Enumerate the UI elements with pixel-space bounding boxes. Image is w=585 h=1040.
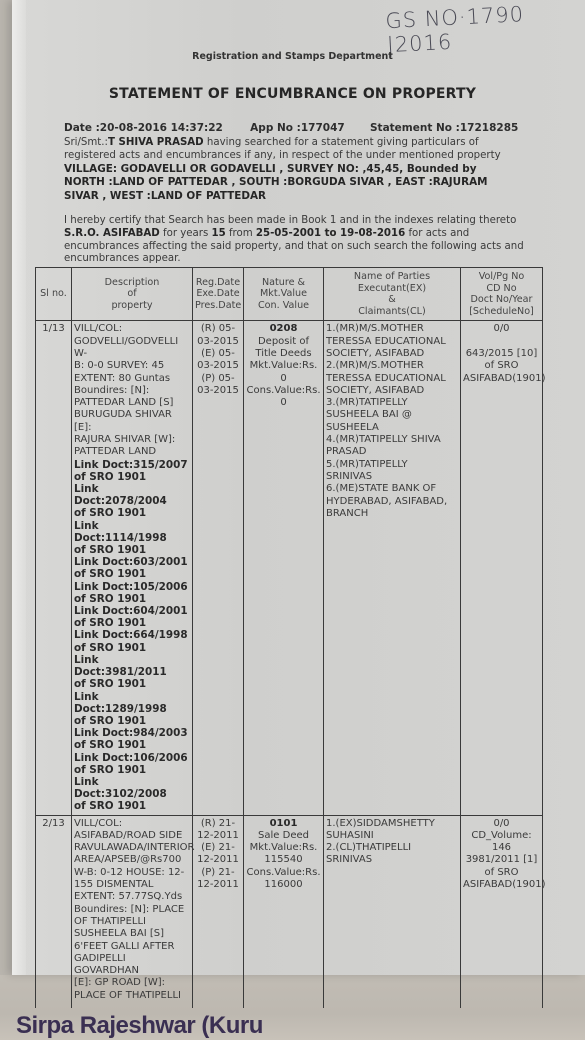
header-text: Mkt.Value bbox=[246, 288, 321, 300]
cell-text: 2.(MR)M/S.MOTHER bbox=[326, 360, 458, 372]
cell-text: TERESSA EDUCATIONAL bbox=[326, 373, 458, 385]
header-text: & bbox=[326, 294, 458, 306]
col-vol-header: Vol/Pg NoCD NoDoct No/Year[ScheduleNo] bbox=[461, 268, 543, 321]
cell-text: B: 0-0 SURVEY: 45 bbox=[74, 360, 190, 372]
cell-text: 643/2015 [10] bbox=[463, 348, 540, 360]
cell-text: EXTENT: 57.77SQ.Yds bbox=[74, 891, 190, 903]
cell-text: 0 bbox=[246, 397, 321, 409]
link-doc-text: of SRO 1901 bbox=[74, 739, 190, 751]
link-doc-text: of SRO 1901 bbox=[74, 568, 190, 580]
cell-text: ASIFABAD/ROAD SIDE bbox=[74, 830, 190, 842]
cell-text: 12-2011 bbox=[195, 854, 241, 866]
header-text: Description bbox=[74, 277, 190, 289]
encumbrance-table: Sl no.DescriptionofpropertyReg.DateExe.D… bbox=[35, 267, 543, 1008]
header-text: of bbox=[74, 288, 190, 300]
link-doc-text: Link Doct:315/2007 bbox=[74, 459, 190, 471]
cell-text: SOCIETY, ASIFABAD bbox=[326, 385, 458, 397]
link-doc-text: of SRO 1901 bbox=[74, 678, 190, 690]
table-row: 1/13VILL/COL:GODVELLI/GODVELLI W-B: 0-0 … bbox=[36, 321, 543, 815]
header-text: CD No bbox=[463, 283, 540, 295]
nature-cell: 0101Sale DeedMkt.Value:Rs.115540Cons.Val… bbox=[244, 815, 324, 1008]
dates-cell: (R) 21-12-2011(E) 21-12-2011(P) 21-12-20… bbox=[193, 815, 244, 1008]
cell-text: 116000 bbox=[246, 879, 321, 891]
cell-text: 0/0 bbox=[463, 818, 540, 830]
cell-text: SOCIETY, ASIFABAD bbox=[326, 348, 458, 360]
link-doc-text: Link Doct:3981/2011 bbox=[74, 654, 190, 678]
header-text: Vol/Pg No bbox=[463, 271, 540, 283]
cell-text: 03-2015 bbox=[195, 336, 241, 348]
dates-cell: (R) 05-03-2015(E) 05-03-2015(P) 05-03-20… bbox=[193, 321, 244, 815]
col-sl-no-header: Sl no. bbox=[36, 268, 72, 321]
app-number: App No :177047 bbox=[250, 122, 345, 134]
header-text: property bbox=[74, 300, 190, 312]
cell-text: 115540 bbox=[246, 854, 321, 866]
header-text: Doct No/Year bbox=[463, 294, 540, 306]
link-doc-text: Link Doct:603/2001 bbox=[74, 556, 190, 568]
table-row: 2/13VILL/COL:ASIFABAD/ROAD SIDERAVULAWAD… bbox=[36, 815, 543, 1008]
parties-cell: 1.(EX)SIDDAMSHETTYSUHASINI2.(CL)THATIPEL… bbox=[324, 815, 461, 1008]
cell-text: SRINIVAS bbox=[326, 854, 458, 866]
cell-text: OF THATIPELLI bbox=[74, 916, 190, 928]
cell-text: (P) 21- bbox=[195, 867, 241, 879]
cell-text: AREA/APSEB/@Rs700 bbox=[74, 854, 190, 866]
nature-code: 0101 bbox=[246, 818, 321, 830]
link-doc-text: of SRO 1901 bbox=[74, 800, 190, 812]
background-sign-text: Sirpa Rajeshwar (Kuru bbox=[16, 1012, 263, 1040]
link-doc-text: of SRO 1901 bbox=[74, 715, 190, 727]
header-text: [ScheduleNo] bbox=[463, 306, 540, 318]
header-text: Reg.Date bbox=[195, 277, 241, 289]
cell-text: Deposit of bbox=[246, 336, 321, 348]
cell-text: Boundires: [N]: bbox=[74, 385, 190, 397]
cell-text: BRANCH bbox=[326, 508, 458, 520]
applicant-paragraph: Sri/Smt.:T SHIVA PRASAD having searched … bbox=[64, 137, 504, 204]
link-doc-text: Link Doct:1114/1998 bbox=[74, 520, 190, 544]
vol-cell: 0/0CD_Volume: 1463981/2011 [1]of SROASIF… bbox=[461, 815, 543, 1008]
parties-cell: 1.(MR)M/S.MOTHERTERESSA EDUCATIONALSOCIE… bbox=[324, 321, 461, 815]
cell-text: 1/13 bbox=[38, 323, 69, 335]
link-doc-text: Link Doct:604/2001 bbox=[74, 605, 190, 617]
cell-text: (E) 21- bbox=[195, 842, 241, 854]
cell-text: Sale Deed bbox=[246, 830, 321, 842]
cell-text: [E]: GP ROAD [W]: bbox=[74, 977, 190, 989]
link-doc-text: of SRO 1901 bbox=[74, 507, 190, 519]
description-cell: VILL/COL:ASIFABAD/ROAD SIDERAVULAWADA/IN… bbox=[72, 815, 193, 1008]
search-period: 25-05-2001 to 19-08-2016 bbox=[256, 228, 405, 239]
cell-text: SUSHEELA bbox=[326, 422, 458, 434]
cell-text: PATTEDAR LAND bbox=[74, 446, 190, 458]
cell-text: GODVELLI/GODVELLI W- bbox=[74, 336, 190, 361]
table-header-row: Sl no.DescriptionofpropertyReg.DateExe.D… bbox=[36, 268, 543, 321]
cell-text: W-B: 0-12 HOUSE: 12- bbox=[74, 867, 190, 879]
header-text: Pres.Date bbox=[195, 300, 241, 312]
cell-text: 2/13 bbox=[38, 818, 69, 830]
link-doc-text: Link Doct:984/2003 bbox=[74, 727, 190, 739]
cell-text: VILL/COL: bbox=[74, 323, 190, 335]
cell-text: (E) 05- bbox=[195, 348, 241, 360]
certificate-line1: I hereby certify that Search has been ma… bbox=[64, 215, 516, 226]
cell-text: CD_Volume: 146 bbox=[463, 830, 540, 855]
cell-text: ASIFABAD(1901) bbox=[463, 373, 540, 385]
cell-text: EXTENT: 80 Guntas bbox=[74, 373, 190, 385]
nature-cell: 0208Deposit ofTitle DeedsMkt.Value:Rs.0C… bbox=[244, 321, 324, 815]
statement-meta: Date :20-08-2016 14:37:22 App No :177047… bbox=[64, 122, 518, 134]
document-title: STATEMENT OF ENCUMBRANCE ON PROPERTY bbox=[0, 86, 585, 102]
cell-text bbox=[463, 336, 540, 348]
cell-text: (R) 05- bbox=[195, 323, 241, 335]
cell-text: 1.(MR)M/S.MOTHER bbox=[326, 323, 458, 335]
header-text: Nature & bbox=[246, 277, 321, 289]
link-doc-text: of SRO 1901 bbox=[74, 617, 190, 629]
sro-name: S.R.O. ASIFABAD bbox=[64, 228, 160, 239]
statement-date: Date :20-08-2016 14:37:22 bbox=[64, 122, 223, 134]
cell-text: 0 bbox=[246, 373, 321, 385]
sl-no-cell: 2/13 bbox=[36, 815, 72, 1008]
cell-text: ASIFABAD(1901) bbox=[463, 879, 540, 891]
cell-text: 0/0 bbox=[463, 323, 540, 335]
header-text: Con. Value bbox=[246, 300, 321, 312]
vol-cell: 0/0 643/2015 [10]of SROASIFABAD(1901) bbox=[461, 321, 543, 815]
cell-text: of SRO bbox=[463, 867, 540, 879]
header-text: Executant(EX) bbox=[326, 283, 458, 295]
certificate-paragraph: I hereby certify that Search has been ma… bbox=[64, 215, 534, 266]
property-details: VILLAGE: GODAVELLI OR GODAVELLI , SURVEY… bbox=[64, 163, 487, 203]
link-doc-text: Link Doct:1289/1998 bbox=[74, 691, 190, 715]
statement-number: Statement No :17218285 bbox=[370, 122, 518, 134]
cell-text: 3.(MR)TATIPELLY bbox=[326, 397, 458, 409]
department-name: Registration and Stamps Department bbox=[0, 51, 585, 62]
cell-text: PRASAD bbox=[326, 446, 458, 458]
col-nature-header: Nature &Mkt.ValueCon. Value bbox=[244, 268, 324, 321]
cell-text: SUHASINI bbox=[326, 830, 458, 842]
cell-text: Cons.Value:Rs. bbox=[246, 867, 321, 879]
nature-code: 0208 bbox=[246, 323, 321, 335]
cell-text: 5.(MR)TATIPELLY bbox=[326, 459, 458, 471]
page-edge bbox=[12, 0, 26, 975]
search-years: 15 bbox=[212, 228, 226, 239]
cell-text: Boundires: [N]: PLACE bbox=[74, 904, 190, 916]
cell-text: 03-2015 bbox=[195, 385, 241, 397]
cell-text: HYDERABAD, ASIFABAD, bbox=[326, 496, 458, 508]
link-doc-text: of SRO 1901 bbox=[74, 764, 190, 776]
cell-text: PLACE OF THATIPELLI bbox=[74, 990, 190, 1002]
cell-text: 6.(ME)STATE BANK OF bbox=[326, 483, 458, 495]
cell-text: SUSHEELA BAI [S] bbox=[74, 928, 190, 940]
cell-text: SUSHEELA BAI @ bbox=[326, 409, 458, 421]
link-doc-text: Link Doct:105/2006 bbox=[74, 581, 190, 593]
applicant-prefix: Sri/Smt.: bbox=[64, 137, 108, 148]
header-text: Exe.Date bbox=[195, 288, 241, 300]
cell-text: SRINIVAS bbox=[326, 471, 458, 483]
applicant-name: T SHIVA PRASAD bbox=[108, 137, 204, 148]
cell-text: GADIPELLI GOVARDHAN bbox=[74, 953, 190, 978]
cell-text: 1.(EX)SIDDAMSHETTY bbox=[326, 818, 458, 830]
cell-text: 4.(MR)TATIPELLY SHIVA bbox=[326, 434, 458, 446]
cell-text: of SRO bbox=[463, 360, 540, 372]
cell-text: 155 DISMENTAL bbox=[74, 879, 190, 891]
link-doc-text: of SRO 1901 bbox=[74, 642, 190, 654]
description-cell: VILL/COL:GODVELLI/GODVELLI W-B: 0-0 SURV… bbox=[72, 321, 193, 815]
link-doc-text: of SRO 1901 bbox=[74, 471, 190, 483]
cell-text: 2.(CL)THATIPELLI bbox=[326, 842, 458, 854]
link-doc-text: of SRO 1901 bbox=[74, 593, 190, 605]
cell-text: 12-2011 bbox=[195, 879, 241, 891]
col-dates-header: Reg.DateExe.DatePres.Date bbox=[193, 268, 244, 321]
cell-text: 3981/2011 [1] bbox=[463, 854, 540, 866]
cell-text: RAJURA SHIVAR [W]: bbox=[74, 434, 190, 446]
cell-text: 03-2015 bbox=[195, 360, 241, 372]
cell-text: BURUGUDA SHIVAR [E]: bbox=[74, 409, 190, 434]
link-doc-text: Link Doct:2078/2004 bbox=[74, 483, 190, 507]
header-text: Sl no. bbox=[38, 288, 69, 300]
cell-text: VILL/COL: bbox=[74, 818, 190, 830]
link-doc-text: Link Doct:106/2006 bbox=[74, 752, 190, 764]
cell-text: (P) 05- bbox=[195, 373, 241, 385]
cell-text: RAVULAWADA/INTERIOR bbox=[74, 842, 190, 854]
link-doc-text: Link Doct:664/1998 bbox=[74, 629, 190, 641]
link-doc-text: of SRO 1901 bbox=[74, 544, 190, 556]
sl-no-cell: 1/13 bbox=[36, 321, 72, 815]
header-text: Name of Parties bbox=[326, 271, 458, 283]
col-parties-header: Name of PartiesExecutant(EX)&Claimants(C… bbox=[324, 268, 461, 321]
cell-text: PATTEDAR LAND [S] bbox=[74, 397, 190, 409]
cell-text: Cons.Value:Rs. bbox=[246, 385, 321, 397]
cell-text: 12-2011 bbox=[195, 830, 241, 842]
header-text: Claimants(CL) bbox=[326, 306, 458, 318]
certificate-text: for years bbox=[160, 228, 212, 239]
cell-text: 6'FEET GALLI AFTER bbox=[74, 941, 190, 953]
cell-text: Mkt.Value:Rs. bbox=[246, 360, 321, 372]
certificate-text: from bbox=[226, 228, 256, 239]
col-description-header: Descriptionofproperty bbox=[72, 268, 193, 321]
cell-text: (R) 21- bbox=[195, 818, 241, 830]
cell-text: TERESSA EDUCATIONAL bbox=[326, 336, 458, 348]
link-doc-text: Link Doct:3102/2008 bbox=[74, 776, 190, 800]
cell-text: Mkt.Value:Rs. bbox=[246, 842, 321, 854]
cell-text: Title Deeds bbox=[246, 348, 321, 360]
